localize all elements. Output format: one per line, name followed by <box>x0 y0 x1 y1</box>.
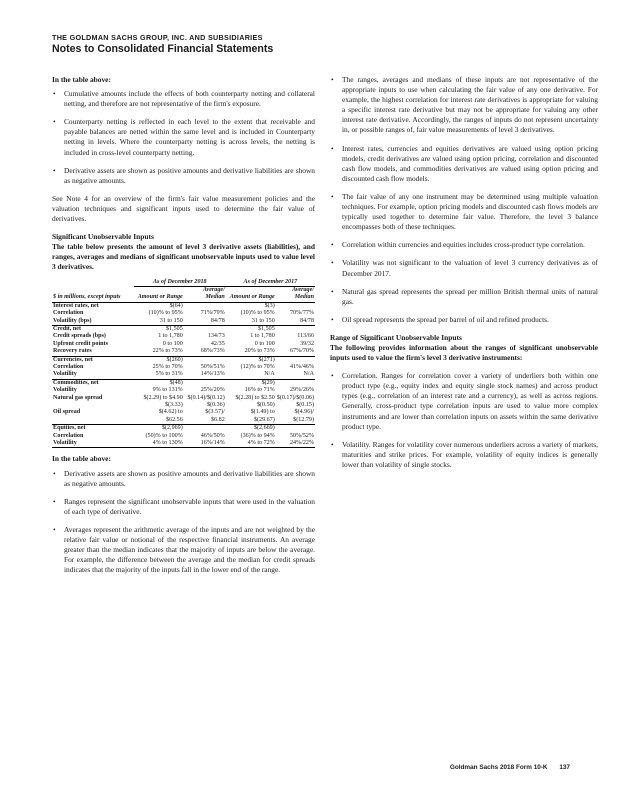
range-bullet-list: Correlation. Ranges for correlation cove… <box>330 371 598 470</box>
list-item: Natural gas spread represents the spread… <box>330 287 598 307</box>
table-row: $(3.33)$(0.36)$(0.50)$(0.15) <box>52 402 315 409</box>
cell-value: 16% to 71% <box>226 387 276 394</box>
cell-value: 50%/51% <box>184 364 226 371</box>
list-item: Counterparty netting is reflected in eac… <box>52 117 315 157</box>
row-label: Correlation <box>52 433 134 440</box>
cell-value: 25% to 70% <box>134 364 184 371</box>
cell-value: 67%/70% <box>276 348 315 356</box>
cell-value: 50%/52% <box>276 433 315 440</box>
column-header: Average/ Median <box>276 286 315 302</box>
cell-value: 84/78 <box>184 318 226 326</box>
table-row: Volatility9% to 131%25%/20%16% to 71%29%… <box>52 387 315 394</box>
list-item: Ranges represent the significant unobser… <box>52 497 315 517</box>
row-label: Correlation <box>52 364 134 371</box>
cell-value: $(29.67) <box>226 417 276 425</box>
section-heading: Range of Significant Unobservable Inputs <box>330 333 598 343</box>
list-item: Derivative assets are shown as positive … <box>52 166 315 186</box>
cell-value: 9% to 131% <box>134 387 184 394</box>
page-footer: Goldman Sachs 2018 Form 10-K 137 <box>0 764 570 771</box>
cell-value <box>184 356 226 364</box>
row-label: Correlation <box>52 310 134 317</box>
row-label: Equities, net <box>52 425 134 433</box>
cell-value: N/A <box>226 371 276 379</box>
row-label: Interest rates, net <box>52 302 134 310</box>
column-header: $ in millions, except inputs <box>52 286 134 302</box>
table-body: Interest rates, net$(64)$(3)Correlation(… <box>52 302 315 448</box>
cell-value: 71%/79% <box>184 310 226 317</box>
cell-value: $6.82 <box>184 417 226 425</box>
list-item: Correlation. Ranges for correlation cove… <box>330 371 598 432</box>
row-label: Volatility <box>52 387 134 394</box>
table-row: Commodities, net$(48)$(29) <box>52 379 315 387</box>
list-item: Volatility was not significant to the va… <box>330 258 598 278</box>
cell-value <box>184 302 226 310</box>
row-label: Commodities, net <box>52 379 134 387</box>
cell-value: (12)% to 70% <box>226 364 276 371</box>
cell-value: $(2.29) to $4.90 <box>134 395 184 402</box>
tail-heading: In the table above: <box>52 454 315 464</box>
cell-value: 16%/14% <box>184 440 226 448</box>
cell-value <box>184 379 226 387</box>
cell-value: 25%/20% <box>184 387 226 394</box>
cell-value: $(0.14)/$(0.12) <box>184 395 226 402</box>
cell-value <box>184 425 226 433</box>
cell-value: 24%/22% <box>276 440 315 448</box>
table-row: Upfront credit points0 to 10042/350 to 1… <box>52 341 315 348</box>
cell-value <box>276 425 315 433</box>
table-row: Volatility4% to 130%16%/14%4% to 72%24%/… <box>52 440 315 448</box>
cell-value: $(0.17)/$(0.06) <box>276 395 315 402</box>
section-intro: The table below presents the amount of l… <box>52 242 315 272</box>
table-row: Recovery rates22% to 73%68%/73%20% to 73… <box>52 348 315 356</box>
cell-value: (10)% to 95% <box>134 310 184 317</box>
list-item: Derivative assets are shown as positive … <box>52 469 315 489</box>
row-label: Volatility (bps) <box>52 318 134 326</box>
cell-value: 68%/73% <box>184 348 226 356</box>
intro-heading: In the table above: <box>52 75 315 85</box>
cell-value <box>276 325 315 333</box>
left-column: In the table above: Cumulative amounts i… <box>52 75 315 583</box>
cell-value <box>276 379 315 387</box>
cell-value: $(4.96)/ <box>276 409 315 416</box>
table-row: Volatility (bps)31 to 15084/7831 to 1508… <box>52 318 315 326</box>
row-label: Volatility <box>52 371 134 379</box>
cell-value: 29%/26% <box>276 387 315 394</box>
table-row: Correlation(50)% to 100%46%/50%(36)% to … <box>52 433 315 440</box>
tail-bullet-list: Derivative assets are shown as positive … <box>52 469 315 576</box>
cell-value: 0 to 100 <box>226 341 276 348</box>
company-name: THE GOLDMAN SACHS GROUP, INC. AND SUBSID… <box>52 33 572 42</box>
cell-value: 1 to 1,780 <box>226 333 276 340</box>
cell-value: $(12.79) <box>276 417 315 425</box>
cell-value: $1,505 <box>226 325 276 333</box>
cell-value: 41%/46% <box>276 364 315 371</box>
cell-value: 31 to 150 <box>134 318 184 326</box>
row-label: Currencies, net <box>52 356 134 364</box>
list-item: Volatility. Ranges for volatility cover … <box>330 440 598 470</box>
cell-value: $(3.57)/ <box>184 409 226 416</box>
cell-value <box>276 302 315 310</box>
group-header: As of December 2017 <box>226 279 315 287</box>
table-row: $62.56$6.82$(29.67)$(12.79) <box>52 417 315 425</box>
list-item: Interest rates, currencies and equities … <box>330 144 598 184</box>
cell-value: 0 to 100 <box>134 341 184 348</box>
row-label <box>52 402 134 409</box>
cell-value <box>184 325 226 333</box>
cell-value: (10)% to 95% <box>226 310 276 317</box>
cell-value: N/A <box>276 371 315 379</box>
cell-value: 5% to 31% <box>134 371 184 379</box>
page-header: THE GOLDMAN SACHS GROUP, INC. AND SUBSID… <box>52 33 572 55</box>
cell-value: 70%/77% <box>276 310 315 317</box>
cell-value: $(4.62) to <box>134 409 184 416</box>
list-item: The fair value of any one instrument may… <box>330 192 598 232</box>
page-number: 137 <box>559 764 570 771</box>
list-item: Averages represent the arithmetic averag… <box>52 525 315 575</box>
cell-value: 46%/50% <box>184 433 226 440</box>
cell-value: (50)% to 100% <box>134 433 184 440</box>
cell-value: 113/66 <box>276 333 315 340</box>
column-header: Amount or Range <box>226 286 276 302</box>
table-row: Natural gas spread$(2.29) to $4.90$(0.14… <box>52 395 315 402</box>
column-header: Average/ Median <box>184 286 226 302</box>
row-label: Oil spread <box>52 409 134 416</box>
cell-value: $(260) <box>134 356 184 364</box>
cell-value: $(2,669) <box>226 425 276 433</box>
cell-value: $(29) <box>226 379 276 387</box>
cell-value: $(271) <box>226 356 276 364</box>
section-intro: The following provides information about… <box>330 343 598 363</box>
page-title: Notes to Consolidated Financial Statemen… <box>52 43 572 55</box>
row-label <box>52 417 134 425</box>
table-row: Volatility5% to 31%14%/13%N/AN/A <box>52 371 315 379</box>
cell-value: $1,505 <box>134 325 184 333</box>
cell-value: 14%/13% <box>184 371 226 379</box>
level3-inputs-table: As of December 2018 As of December 2017 … <box>52 279 315 449</box>
cell-value: $(2.28) to $2.50 <box>226 395 276 402</box>
row-label: Upfront credit points <box>52 341 134 348</box>
footer-text: Goldman Sachs 2018 Form 10-K <box>450 764 548 771</box>
row-label: Natural gas spread <box>52 395 134 402</box>
cell-value: 31 to 150 <box>226 318 276 326</box>
cell-value: $(48) <box>134 379 184 387</box>
section-heading: Significant Unobservable Inputs <box>52 232 315 242</box>
table-row: Currencies, net$(260)$(271) <box>52 356 315 364</box>
cell-value: $62.56 <box>134 417 184 425</box>
list-item: Cumulative amounts include the effects o… <box>52 89 315 109</box>
cell-value: 84/78 <box>276 318 315 326</box>
cell-value: 134/73 <box>184 333 226 340</box>
table-row: Credit spreads (bps)1 to 1,780134/731 to… <box>52 333 315 340</box>
list-item: The ranges, averages and medians of thes… <box>330 75 598 136</box>
cell-value: 22% to 73% <box>134 348 184 356</box>
table-row: Equities, net$(2,969)$(2,669) <box>52 425 315 433</box>
row-label: Credit spreads (bps) <box>52 333 134 340</box>
cell-value: 20% to 73% <box>226 348 276 356</box>
cell-value: $(3) <box>226 302 276 310</box>
table-row: Oil spread$(4.62) to$(3.57)/$(1.49) to$(… <box>52 409 315 416</box>
cell-value: 39/32 <box>276 341 315 348</box>
list-item: Correlation within currencies and equiti… <box>330 240 598 250</box>
row-label: Recovery rates <box>52 348 134 356</box>
cell-value: 42/35 <box>184 341 226 348</box>
cell-value: (36)% to 94% <box>226 433 276 440</box>
list-item: Oil spread represents the spread per bar… <box>330 315 598 325</box>
cell-value <box>276 356 315 364</box>
cell-value: $(2,969) <box>134 425 184 433</box>
table-row: Interest rates, net$(64)$(3) <box>52 302 315 310</box>
table-row: Correlation(10)% to 95%71%/79%(10)% to 9… <box>52 310 315 317</box>
group-header: As of December 2018 <box>134 279 226 287</box>
cell-value: $(64) <box>134 302 184 310</box>
table-row: Correlation25% to 70%50%/51%(12)% to 70%… <box>52 364 315 371</box>
cell-value: $(1.49) to <box>226 409 276 416</box>
row-label: Volatility <box>52 440 134 448</box>
column-header: Amount or Range <box>134 286 184 302</box>
cell-value: 4% to 72% <box>226 440 276 448</box>
intro-bullet-list: Cumulative amounts include the effects o… <box>52 89 315 186</box>
right-bullet-list: The ranges, averages and medians of thes… <box>330 75 598 325</box>
note-reference-paragraph: See Note 4 for an overview of the firm's… <box>52 194 315 224</box>
right-column: The ranges, averages and medians of thes… <box>330 75 598 478</box>
cell-value: 1 to 1,780 <box>134 333 184 340</box>
cell-value: 4% to 130% <box>134 440 184 448</box>
